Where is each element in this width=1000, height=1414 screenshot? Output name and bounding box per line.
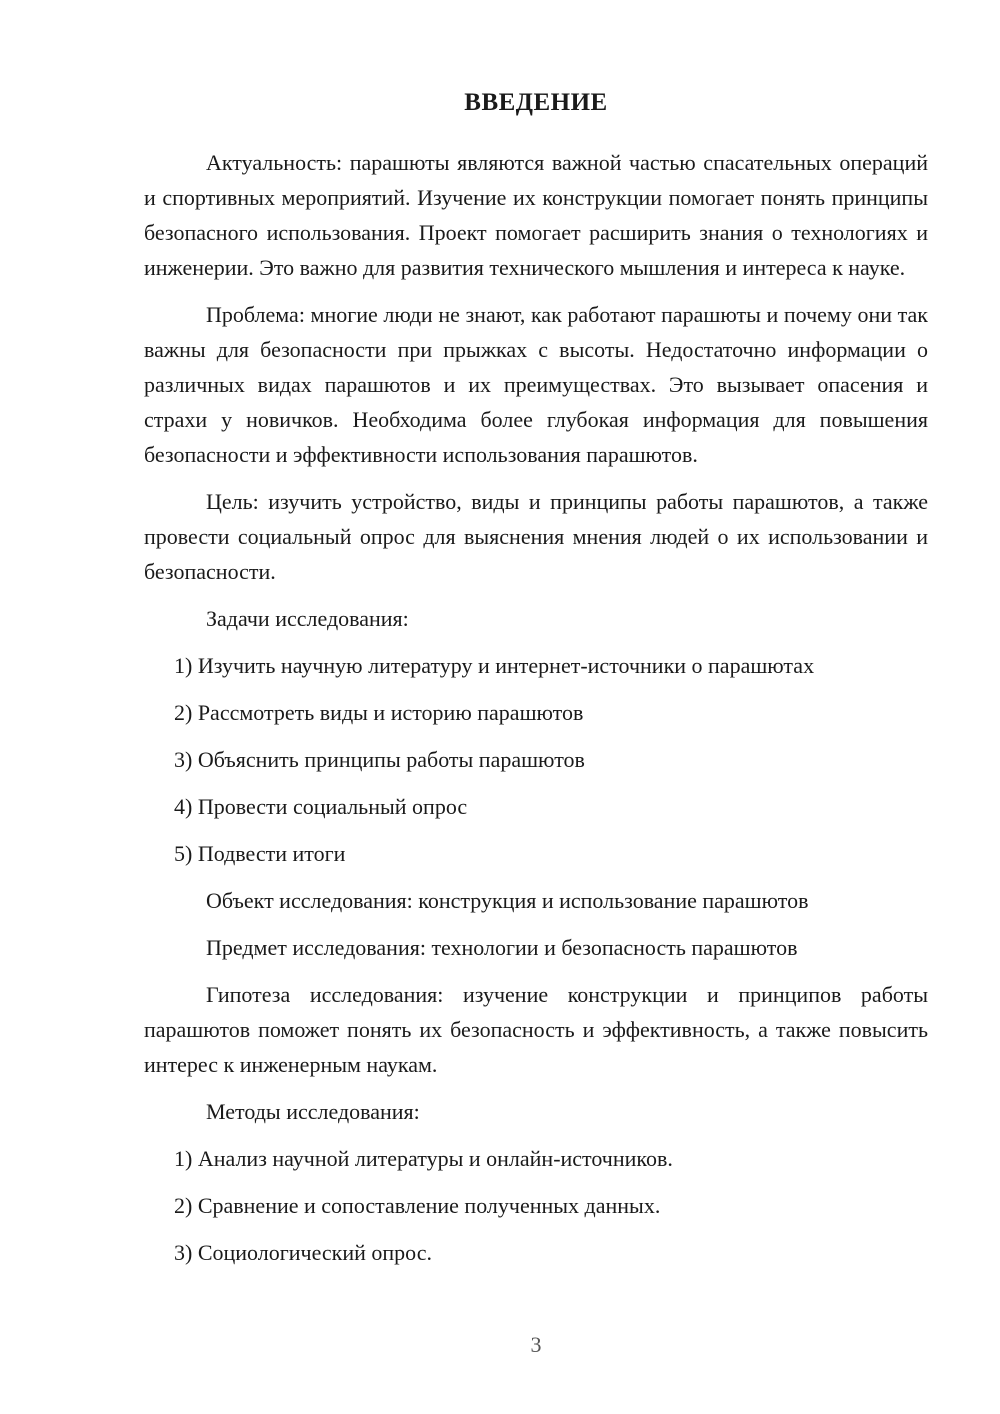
list-item: 1) Изучить научную литературу и интернет… [144,648,928,683]
paragraph-problem: Проблема: многие люди не знают, как рабо… [144,297,928,472]
page-number: 3 [144,1327,928,1362]
page-title: ВВЕДЕНИЕ [144,88,928,118]
list-item: 2) Сравнение и сопоставление полученных … [144,1188,928,1223]
tasks-list: 1) Изучить научную литературу и интернет… [144,648,928,871]
methods-heading: Методы исследования: [144,1094,928,1129]
document-page: ВВЕДЕНИЕ Актуальность: парашюты являются… [0,0,1000,1414]
methods-list: 1) Анализ научной литературы и онлайн-ис… [144,1141,928,1270]
list-item: 1) Анализ научной литературы и онлайн-ис… [144,1141,928,1176]
paragraph-relevance: Актуальность: парашюты являются важной ч… [144,145,928,285]
paragraph-subject: Предмет исследования: технологии и безоп… [144,930,928,965]
list-item: 2) Рассмотреть виды и историю парашютов [144,695,928,730]
paragraph-hypothesis: Гипотеза исследования: изучение конструк… [144,977,928,1082]
paragraph-object: Объект исследования: конструкция и испол… [144,883,928,918]
tasks-heading: Задачи исследования: [144,601,928,636]
list-item: 5) Подвести итоги [144,836,928,871]
list-item: 3) Социологический опрос. [144,1235,928,1270]
list-item: 3) Объяснить принципы работы парашютов [144,742,928,777]
paragraph-goal: Цель: изучить устройство, виды и принцип… [144,484,928,589]
list-item: 4) Провести социальный опрос [144,789,928,824]
